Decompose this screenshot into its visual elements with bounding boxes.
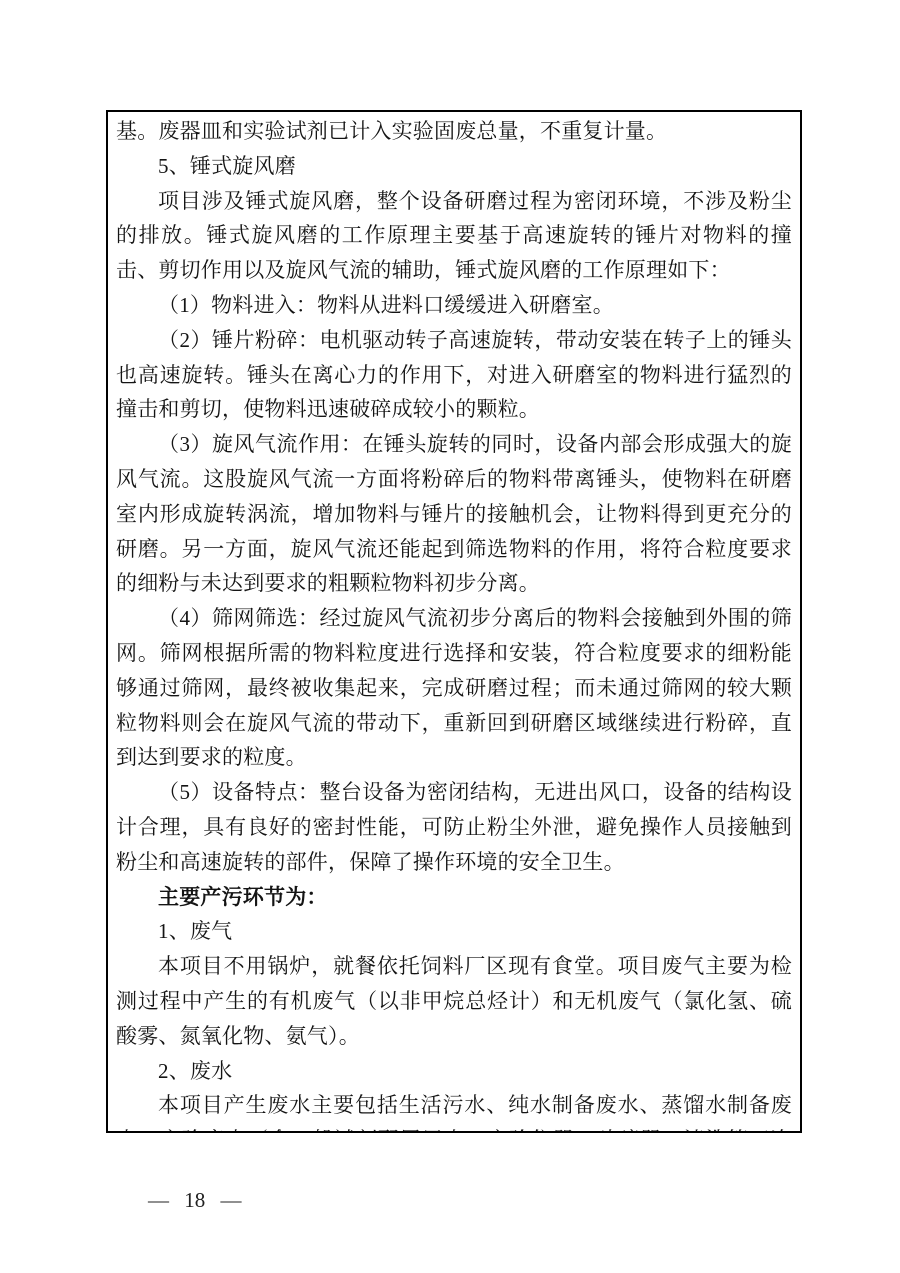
paragraph: （3）旋风气流作用：在锤头旋转的同时，设备内部会形成强大的旋风气流。这股旋风气流… [116, 427, 792, 601]
paragraph: 本项目不用锅炉，就餐依托饲料厂区现有食堂。项目废气主要为检测过程中产生的有机废气… [116, 949, 792, 1053]
footer-dash-left: — [148, 1188, 169, 1213]
paragraph: 1、废气 [116, 914, 792, 949]
document-body: 基。废器皿和实验试剂已计入实验固废总量，不重复计量。5、锤式旋风磨项目涉及锤式旋… [116, 114, 792, 1133]
content-border-box: 基。废器皿和实验试剂已计入实验固废总量，不重复计量。5、锤式旋风磨项目涉及锤式旋… [106, 110, 802, 1133]
paragraph: （2）锤片粉碎：电机驱动转子高速旋转，带动安装在转子上的锤头也高速旋转。锤头在离… [116, 323, 792, 427]
page-number: 18 [184, 1188, 205, 1213]
paragraph: 本项目产生废水主要包括生活污水、纯水制备废水、蒸馏水制备废水、实验废水（含一般试… [116, 1088, 792, 1133]
paragraph: （1）物料进入：物料从进料口缓缓进入研磨室。 [116, 288, 792, 323]
paragraph: 2、废水 [116, 1054, 792, 1089]
paragraph: （5）设备特点：整台设备为密闭结构，无进出风口，设备的结构设计合理，具有良好的密… [116, 775, 792, 879]
footer-dash-right: — [221, 1188, 242, 1213]
page-footer: — 18 — [138, 1188, 252, 1213]
paragraph: （4）筛网筛选：经过旋风气流初步分离后的物料会接触到外围的筛网。筛网根据所需的物… [116, 601, 792, 775]
document-page: 基。废器皿和实验试剂已计入实验固废总量，不重复计量。5、锤式旋风磨项目涉及锤式旋… [0, 0, 900, 1273]
paragraph: 项目涉及锤式旋风磨，整个设备研磨过程为密闭环境，不涉及粉尘的排放。锤式旋风磨的工… [116, 184, 792, 288]
paragraph: 主要产污环节为： [116, 880, 792, 915]
paragraph: 基。废器皿和实验试剂已计入实验固废总量，不重复计量。 [116, 114, 792, 149]
paragraph: 5、锤式旋风磨 [116, 149, 792, 184]
